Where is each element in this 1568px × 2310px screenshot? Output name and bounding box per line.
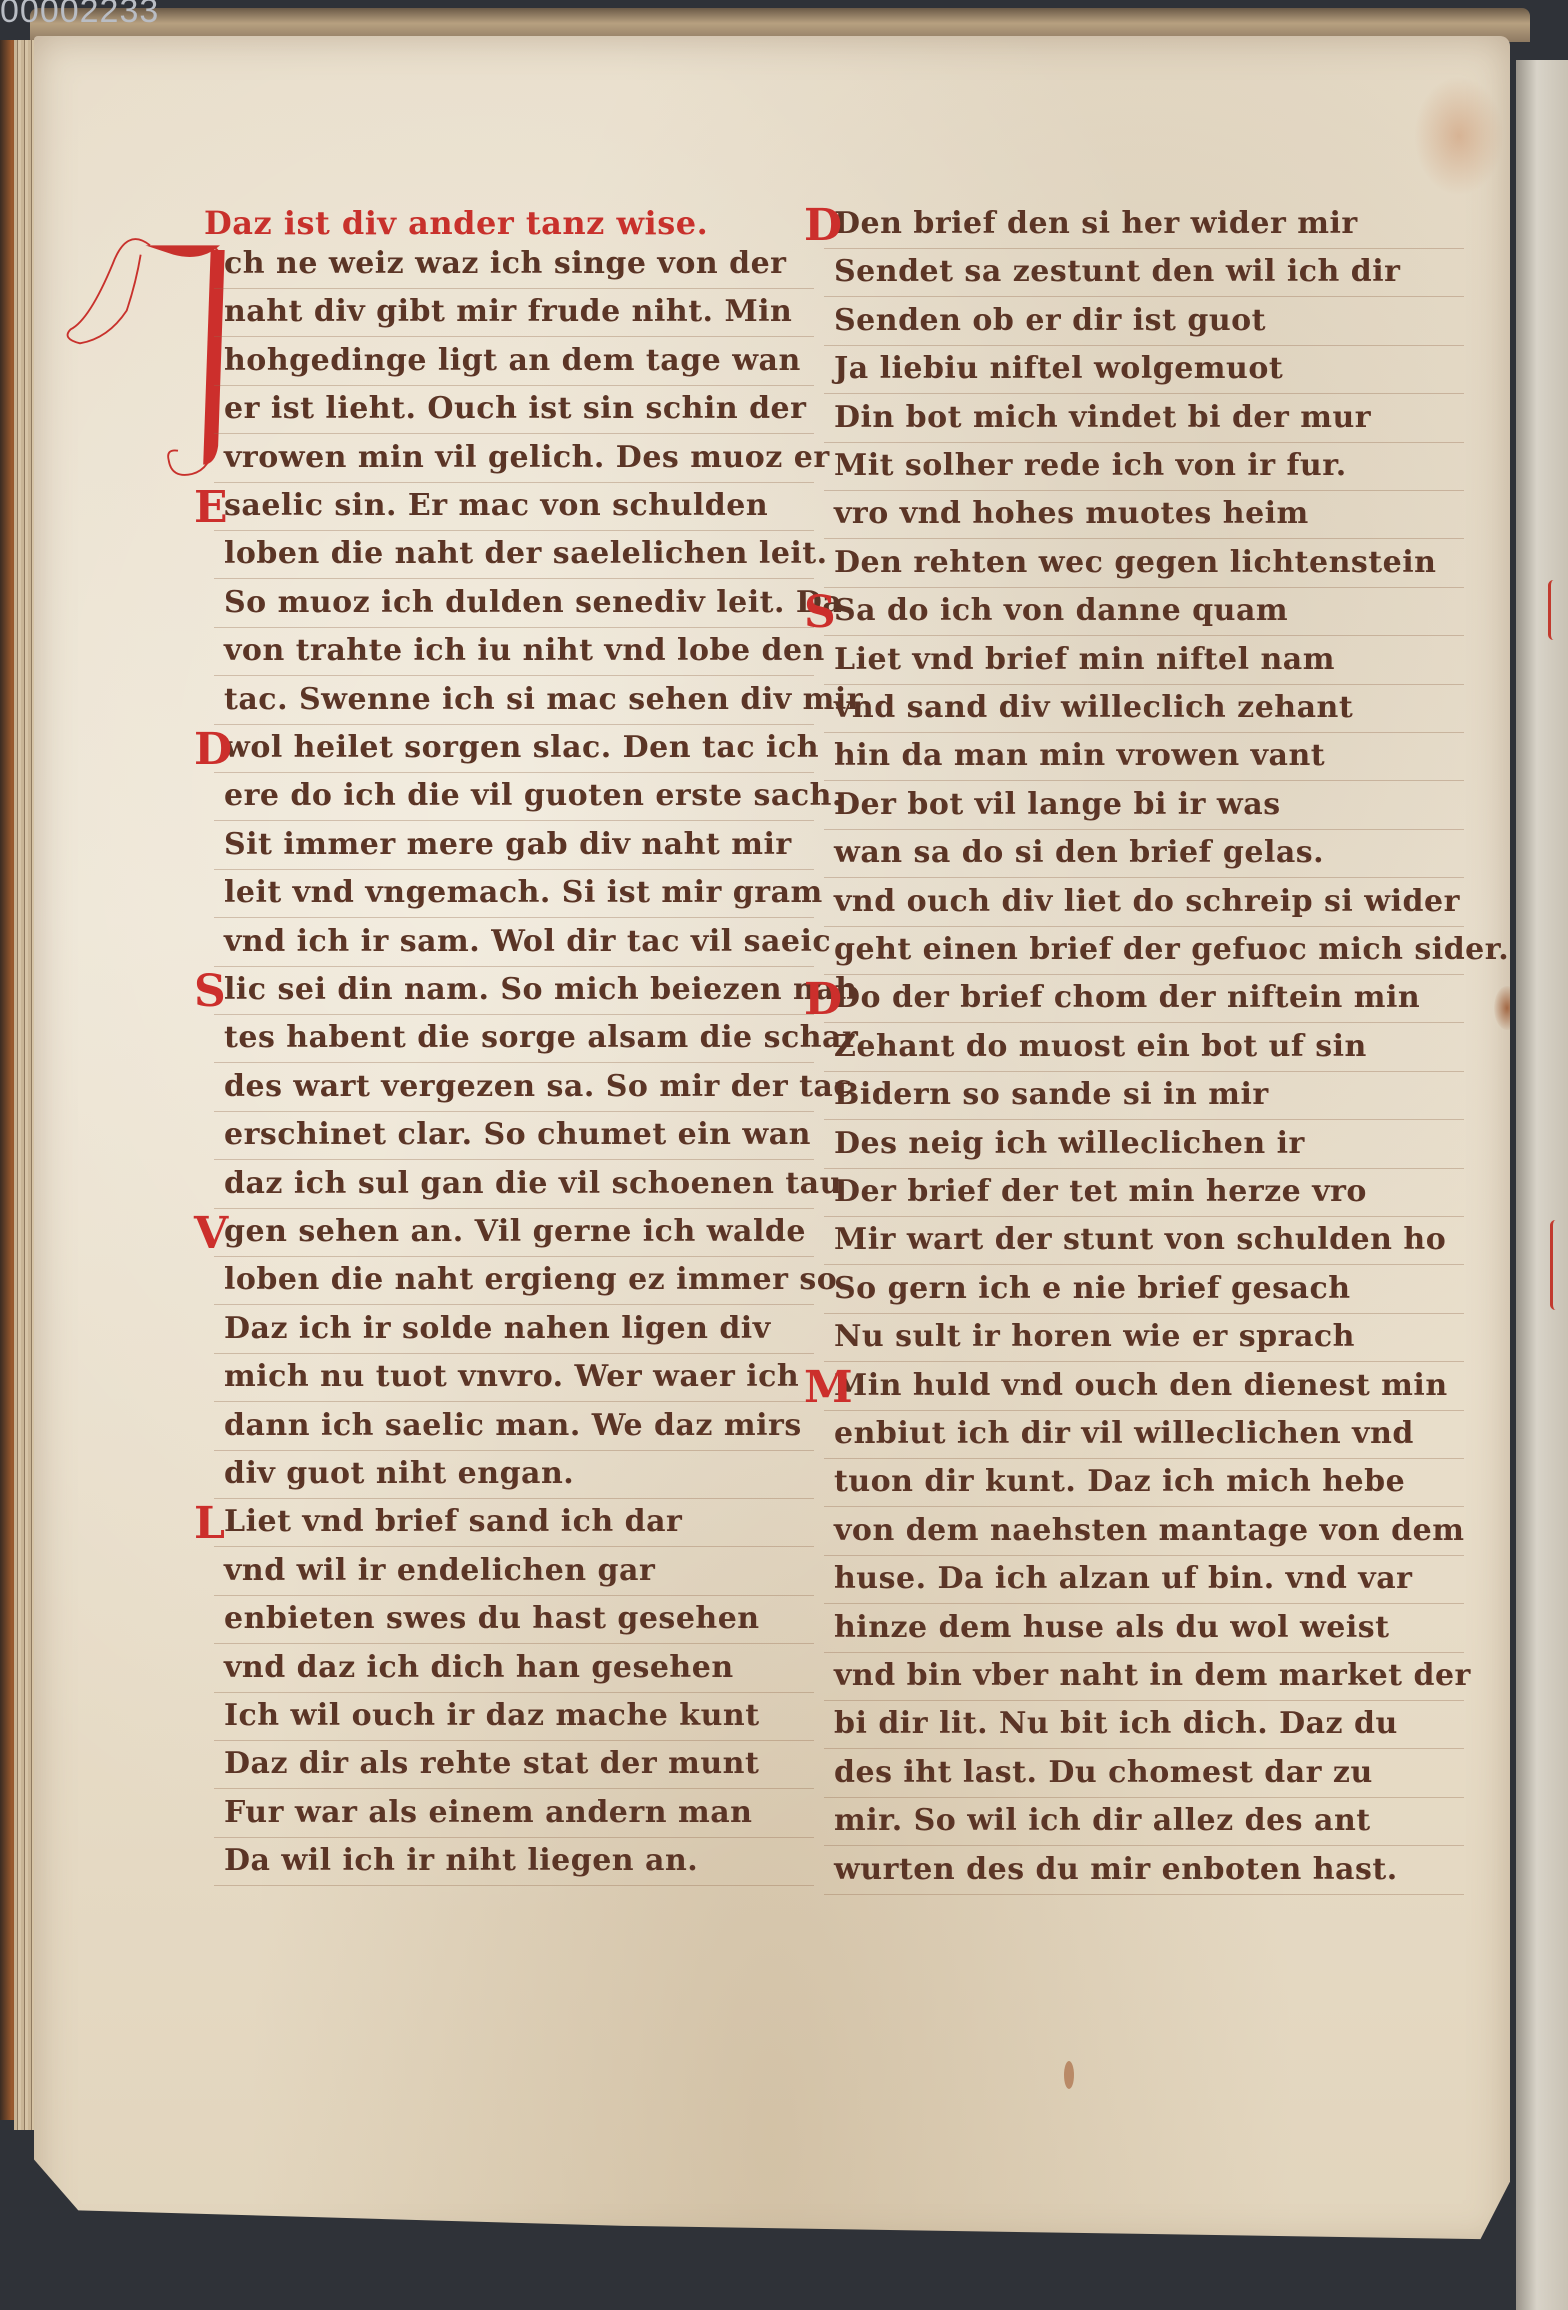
manuscript-line: Nu sult ir horen wie er sprach [834, 1319, 1355, 1354]
ruling-line [824, 1458, 1464, 1459]
manuscript-line: ere do ich die vil guoten erste sach. [224, 778, 843, 813]
facing-page-red-mark [1550, 1220, 1561, 1310]
manuscript-line: Mit solher rede ich von ir fur. [834, 448, 1347, 483]
ruling-line [824, 1216, 1464, 1217]
ruling-line [214, 1740, 814, 1741]
ruling-line [824, 1410, 1464, 1411]
manuscript-line: gen sehen an. Vil gerne ich walde [224, 1214, 806, 1249]
manuscript-line: von dem naehsten mantage von dem [834, 1513, 1465, 1548]
ruling-line [214, 433, 814, 434]
ruling-line [214, 627, 814, 628]
manuscript-line: lic sei din nam. So mich beiezen nah [224, 972, 858, 1007]
ruling-line [824, 587, 1464, 588]
manuscript-line: div guot niht engan. [224, 1456, 574, 1491]
red-initial: E [194, 482, 228, 533]
manuscript-page: Daz ist div ander tanz wise. ch ne weiz … [34, 36, 1510, 2248]
ruling-line [824, 1652, 1464, 1653]
ruling-line [824, 1797, 1464, 1798]
ruling-line [214, 1159, 814, 1160]
ruling-line [214, 530, 814, 531]
ruling-line [214, 578, 814, 579]
ruling-line [824, 1845, 1464, 1846]
manuscript-line: vnd bin vber naht in dem market der [834, 1658, 1471, 1693]
ruling-line [214, 917, 814, 918]
manuscript-line: daz ich sul gan die vil schoenen tau [224, 1166, 842, 1201]
ruling-line [214, 1353, 814, 1354]
ruling-line [214, 1498, 814, 1499]
manuscript-line: Den brief den si her wider mir [834, 206, 1358, 241]
manuscript-line: So gern ich e nie brief gesach [834, 1271, 1351, 1306]
manuscript-line: hin da man min vrowen vant [834, 738, 1325, 773]
stain [1414, 76, 1504, 196]
ruling-line [824, 1748, 1464, 1749]
manuscript-line: mir. So wil ich dir allez des ant [834, 1803, 1371, 1838]
manuscript-line: So muoz ich dulden senediv leit. Da [224, 585, 842, 620]
manuscript-line: Sendet sa zestunt den wil ich dir [834, 254, 1400, 289]
manuscript-line: bi dir lit. Nu bit ich dich. Daz du [834, 1706, 1398, 1741]
manuscript-line: loben die naht ergieng ez immer so. [224, 1262, 848, 1297]
red-initial: D [194, 724, 232, 775]
manuscript-line: Liet vnd brief sand ich dar [224, 1504, 682, 1539]
scan-id-label: 00002233 [0, 0, 159, 31]
red-initial: M [804, 1362, 853, 1413]
ruling-line [214, 385, 814, 386]
ruling-line [214, 336, 814, 337]
manuscript-line: leit vnd vngemach. Si ist mir gram [224, 875, 823, 910]
ruling-line [214, 724, 814, 725]
ruling-line [824, 1361, 1464, 1362]
ruling-line [214, 675, 814, 676]
red-initial: S [194, 966, 226, 1017]
manuscript-line: vrowen min vil gelich. Des muoz er [224, 440, 830, 475]
manuscript-line: enbiut ich dir vil willeclichen vnd [834, 1416, 1414, 1451]
ruling-line [214, 1643, 814, 1644]
manuscript-line: des iht last. Du chomest dar zu [834, 1755, 1373, 1790]
ruling-line [214, 288, 814, 289]
manuscript-line: Do der brief chom der niftein min [834, 980, 1420, 1015]
manuscript-line: vnd ich ir sam. Wol dir tac vil saeic [224, 924, 831, 959]
manuscript-line: erschinet clar. So chumet ein wan [224, 1117, 811, 1152]
manuscript-line: Zehant do muost ein bot uf sin [834, 1029, 1367, 1064]
manuscript-line: er ist lieht. Ouch ist sin schin der [224, 391, 806, 426]
ruling-line [824, 684, 1464, 685]
ruling-line [214, 1595, 814, 1596]
manuscript-line: Der bot vil lange bi ir was [834, 787, 1281, 822]
manuscript-line: Bidern so sande si in mir [834, 1077, 1269, 1112]
ruling-line [214, 869, 814, 870]
manuscript-line: Fur war als einem andern man [224, 1795, 752, 1830]
ruling-line [214, 1208, 814, 1209]
manuscript-line: vnd wil ir endelichen gar [224, 1553, 655, 1588]
ruling-line [824, 1700, 1464, 1701]
ruling-line [824, 974, 1464, 975]
manuscript-line: wan sa do si den brief gelas. [834, 835, 1324, 870]
manuscript-line: Sa do ich von danne quam [834, 593, 1288, 628]
ruling-line [824, 1603, 1464, 1604]
manuscript-line: Din bot mich vindet bi der mur [834, 400, 1371, 435]
manuscript-line: ch ne weiz waz ich singe von der [224, 246, 787, 281]
ruling-line [824, 1119, 1464, 1120]
manuscript-line: Mir wart der stunt von schulden ho [834, 1222, 1446, 1257]
ruling-line [214, 1304, 814, 1305]
manuscript-line: naht div gibt mir frude niht. Min [224, 294, 792, 329]
manuscript-line: tes habent die sorge alsam die schar [224, 1020, 858, 1055]
ruling-line [214, 1062, 814, 1063]
manuscript-line: tuon dir kunt. Daz ich mich hebe [834, 1464, 1405, 1499]
ruling-line [214, 482, 814, 483]
ruling-line [824, 1894, 1464, 1895]
manuscript-line: hohgedinge ligt an dem tage wan [224, 343, 801, 378]
ruling-line [824, 345, 1464, 346]
ruling-line [824, 1555, 1464, 1556]
ruling-line [214, 1788, 814, 1789]
ruling-line [824, 1071, 1464, 1072]
ruling-line [214, 1401, 814, 1402]
manuscript-line: von trahte ich iu niht vnd lobe den [224, 633, 825, 668]
facing-page-edge [1516, 60, 1568, 2310]
manuscript-line: Senden ob er dir ist guot [834, 303, 1266, 338]
ruling-line [824, 780, 1464, 781]
manuscript-line: wol heilet sorgen slac. Den tac ich [224, 730, 819, 765]
ruling-line [214, 1111, 814, 1112]
red-initial: V [194, 1208, 228, 1259]
ruling-line [214, 1014, 814, 1015]
ruling-line [824, 442, 1464, 443]
manuscript-line: Ich wil ouch ir daz mache kunt [224, 1698, 760, 1733]
ruling-line [824, 732, 1464, 733]
ruling-line [214, 1885, 814, 1886]
ruling-line [214, 1450, 814, 1451]
facing-page-red-mark [1548, 580, 1559, 640]
manuscript-line: enbieten swes du hast gesehen [224, 1601, 760, 1636]
manuscript-line: Sit immer mere gab div naht mir [224, 827, 792, 862]
ruling-line [824, 1264, 1464, 1265]
ruling-line [824, 393, 1464, 394]
manuscript-line: vnd daz ich dich han gesehen [224, 1650, 734, 1685]
manuscript-line: huse. Da ich alzan uf bin. vnd var [834, 1561, 1412, 1596]
manuscript-line: Daz ich ir solde nahen ligen div [224, 1311, 771, 1346]
red-initial: S [804, 587, 836, 638]
manuscript-line: dann ich saelic man. We daz mirs [224, 1408, 802, 1443]
manuscript-line: Liet vnd brief min niftel nam [834, 642, 1335, 677]
manuscript-line: Ja liebiu niftel wolgemuot [834, 351, 1283, 386]
ruling-line [824, 296, 1464, 297]
manuscript-line: tac. Swenne ich si mac sehen div mir [224, 682, 863, 717]
ruling-line [214, 820, 814, 821]
ruling-line [824, 248, 1464, 249]
manuscript-line: wurten des du mir enboten hast. [834, 1852, 1398, 1887]
ruling-line [824, 1506, 1464, 1507]
ruling-line [214, 1837, 814, 1838]
rubric-heading: Daz ist div ander tanz wise. [204, 204, 708, 242]
manuscript-line: Da wil ich ir niht liegen an. [224, 1843, 698, 1878]
ruling-line [824, 1022, 1464, 1023]
ruling-line [214, 1692, 814, 1693]
ruling-line [824, 538, 1464, 539]
ruling-line [824, 926, 1464, 927]
red-initial: L [194, 1498, 225, 1549]
red-initial: D [804, 200, 842, 251]
stain [1064, 2061, 1074, 2089]
ruling-line [214, 966, 814, 967]
manuscript-line: mich nu tuot vnvro. Wer waer ich [224, 1359, 799, 1394]
red-initial: D [804, 974, 842, 1025]
manuscript-line: saelic sin. Er mac von schulden [224, 488, 768, 523]
manuscript-line: Der brief der tet min herze vro [834, 1174, 1367, 1209]
manuscript-line: hinze dem huse als du wol weist [834, 1610, 1390, 1645]
manuscript-line: Des neig ich willeclichen ir [834, 1126, 1305, 1161]
ruling-line [824, 1168, 1464, 1169]
manuscript-line: des wart vergezen sa. So mir der tac [224, 1069, 852, 1104]
manuscript-line: Daz dir als rehte stat der munt [224, 1746, 759, 1781]
manuscript-line: geht einen brief der gefuoc mich sider. [834, 932, 1509, 967]
manuscript-line: Min huld vnd ouch den dienest min [834, 1368, 1448, 1403]
ruling-line [824, 877, 1464, 878]
manuscript-line: vro vnd hohes muotes heim [834, 496, 1309, 531]
ruling-line [824, 635, 1464, 636]
manuscript-line: vnd sand div willeclich zehant [834, 690, 1353, 725]
ruling-line [214, 1256, 814, 1257]
ruling-line [824, 490, 1464, 491]
ruling-line [214, 1546, 814, 1547]
manuscript-line: loben die naht der saelelichen leit. [224, 536, 828, 571]
manuscript-line: Den rehten wec gegen lichtenstein [834, 545, 1436, 580]
ruling-line [824, 1313, 1464, 1314]
ruling-line [824, 829, 1464, 830]
manuscript-line: vnd ouch div liet do schreip si wider [834, 884, 1460, 919]
ruling-line [214, 772, 814, 773]
